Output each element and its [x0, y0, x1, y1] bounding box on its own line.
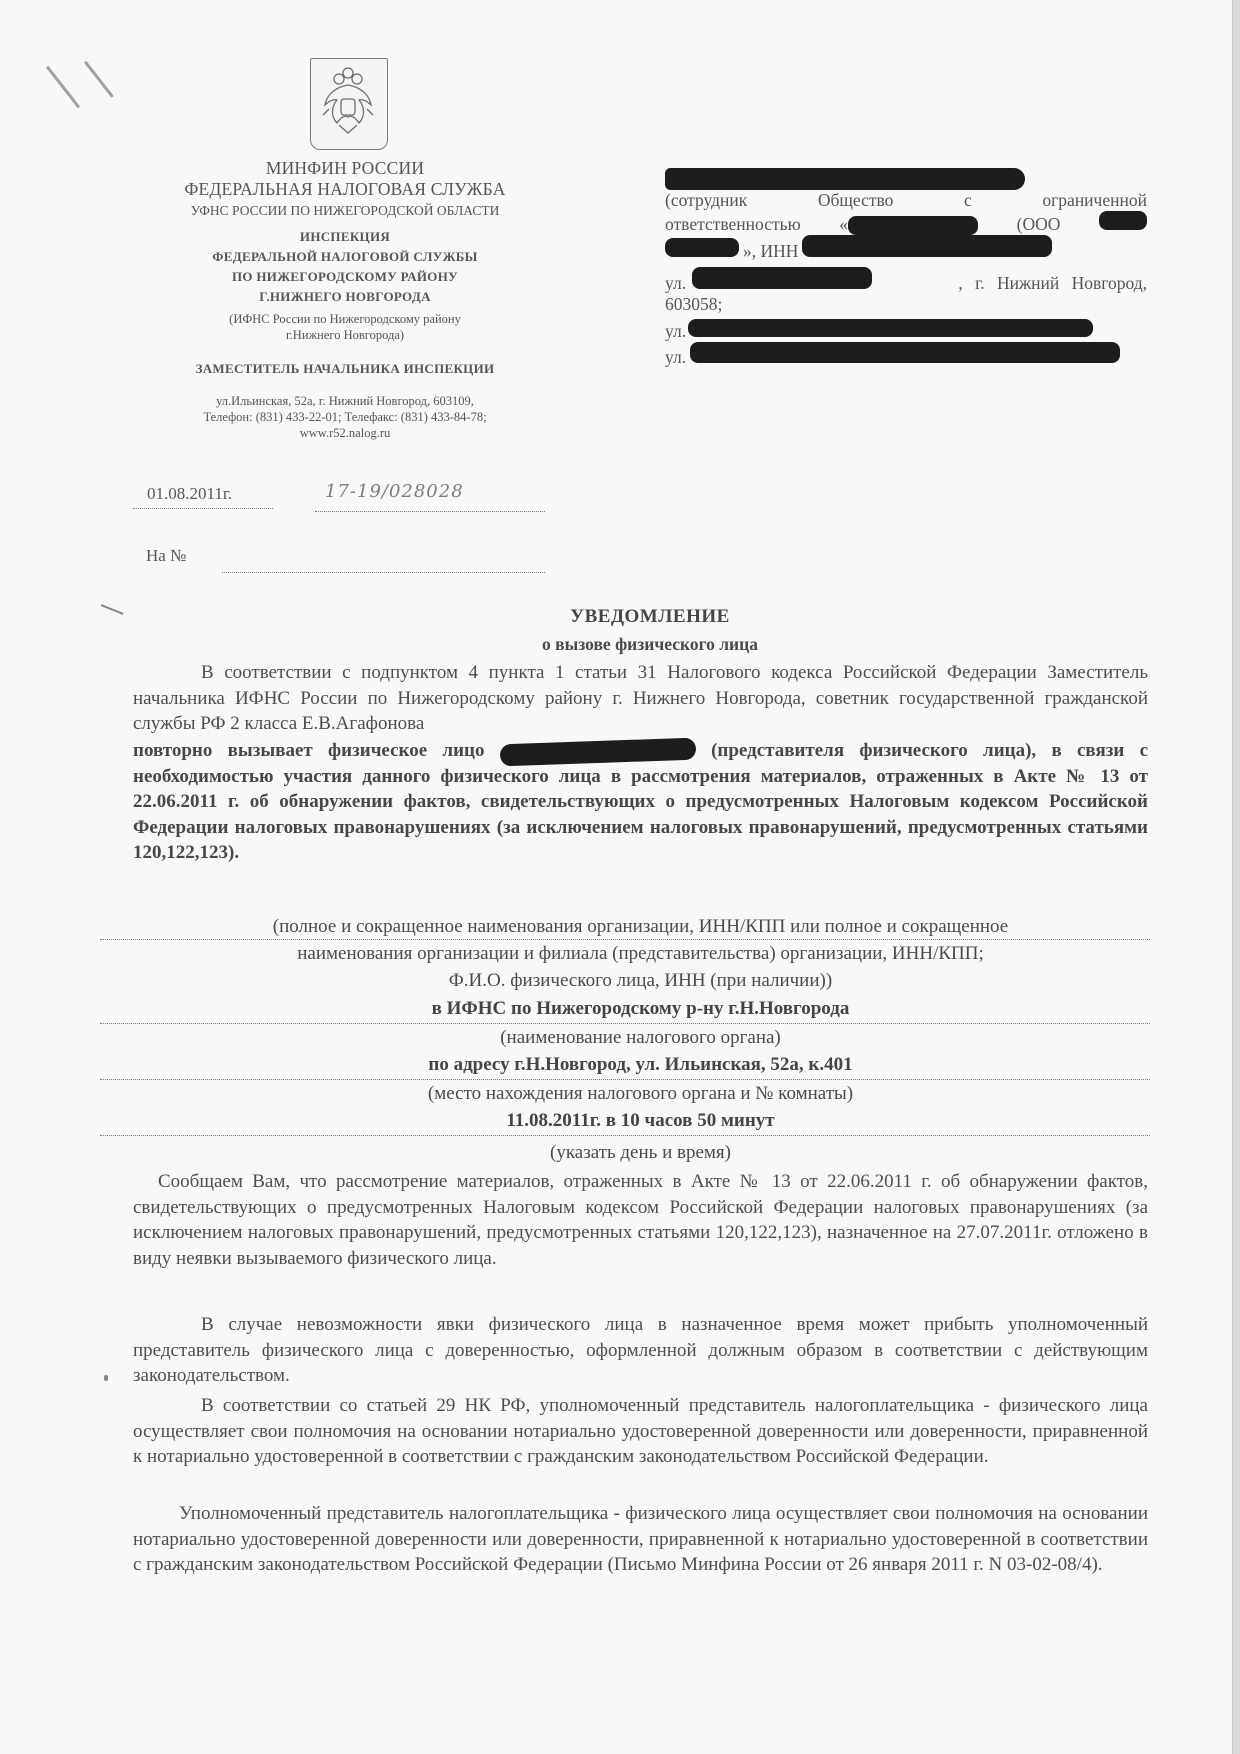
reply-to-field [222, 572, 545, 573]
notice-subtitle: о вызове физического лица [130, 634, 1170, 655]
redaction [665, 168, 1025, 190]
recipient-text: (сотрудник [665, 190, 747, 211]
redaction-person-name [499, 737, 696, 766]
recipient-text: », ИНН [743, 241, 798, 262]
recipient-text: ул. [665, 273, 686, 294]
registration-date: 01.08.2011г. [147, 484, 232, 504]
minfin-letter-text: Уполномоченный представитель налогоплате… [133, 1503, 1148, 1575]
recipient-text: (ООО [1017, 214, 1061, 235]
service-name: ФЕДЕРАЛЬНАЯ НАЛОГОВАЯ СЛУЖБА [125, 179, 565, 200]
redaction [688, 319, 1093, 337]
postponement-paragraph: Сообщаем Вам, что рассмотрение материало… [133, 1169, 1148, 1271]
ministry-name: МИНФИН РОССИИ [125, 158, 565, 179]
registration-number: 17-19/028028 [325, 481, 464, 502]
datetime-field: 11.08.2011г. в 10 часов 50 минут [133, 1110, 1148, 1132]
intro-paragraph: В соответствии с подпунктом 4 пункта 1 с… [133, 660, 1148, 737]
hint-person: Ф.И.О. физического лица, ИНН (при наличи… [133, 970, 1148, 992]
short-name-line: г.Нижнего Новгорода) [125, 327, 565, 343]
redaction [848, 216, 978, 235]
hint-person: наименования организации и филиала (пред… [133, 943, 1148, 965]
recipient-block: (сотрудник Общество с ограниченной ответ… [665, 168, 1147, 368]
redaction [665, 238, 739, 257]
minfin-letter-paragraph: Уполномоченный представитель налогоплате… [133, 1501, 1148, 1578]
redaction [692, 267, 872, 289]
field-underline [100, 1135, 1150, 1136]
russian-coat-of-arms-icon [317, 65, 379, 141]
scanned-page: МИНФИН РОССИИ ФЕДЕРАЛЬНАЯ НАЛОГОВАЯ СЛУЖ… [0, 0, 1233, 1754]
datetime-hint: (указать день и время) [133, 1142, 1148, 1164]
representative-paragraph: В случае невозможности явки физического … [133, 1312, 1148, 1389]
address-field: по адресу г.Н.Новгород, ул. Ильинская, 5… [133, 1054, 1148, 1076]
recipient-text: ул. [665, 321, 686, 342]
margin-mark [104, 1375, 108, 1381]
article29-paragraph: В соответствии со статьей 29 НК РФ, упол… [133, 1393, 1148, 1470]
recipient-text: , г. Нижний Новгород, [958, 273, 1147, 294]
tax-authority-hint: (наименование налогового органа) [133, 1027, 1148, 1049]
recipient-text: ограниченной [1042, 190, 1147, 211]
redaction [690, 342, 1120, 363]
inspection-line: ПО НИЖЕГОРОДСКОМУ РАЙОНУ [125, 267, 565, 287]
tax-authority-field: в ИФНС по Нижегородскому р-ну г.Н.Новгор… [133, 998, 1148, 1020]
recipient-text: « [839, 214, 848, 234]
redaction [1099, 211, 1147, 230]
field-underline [100, 939, 1150, 940]
representative-text: В случае невозможности явки физического … [133, 1314, 1148, 1386]
scan-edge [1232, 0, 1240, 1754]
hint-person: (полное и сокращенное наименования орган… [133, 916, 1148, 938]
short-name-line: (ИФНС России по Нижегородскому району [125, 311, 565, 327]
reply-to-label: На № [146, 546, 186, 566]
recipient-text: Общество [818, 190, 894, 211]
date-underline [133, 508, 273, 509]
address-hint: (место нахождения налогового органа и № … [133, 1083, 1148, 1105]
contact-line: www.r52.nalog.ru [125, 425, 565, 441]
notice-title: УВЕДОМЛЕНИЕ [130, 606, 1170, 628]
pencil-mark [46, 66, 80, 109]
signatory-position: ЗАМЕСТИТЕЛЬ НАЧАЛЬНИКА ИНСПЕКЦИИ [125, 359, 565, 379]
inspection-line: Г.НИЖНЕГО НОВГОРОДА [125, 287, 565, 307]
contact-line: Телефон: (831) 433-22-01; Телефакс: (831… [125, 409, 565, 425]
redaction [802, 235, 1052, 257]
recipient-text: ответственностью [665, 214, 801, 235]
summons-paragraph: повторно вызывает физическое лицо (предс… [133, 738, 1148, 866]
intro-text: В соответствии с подпунктом 4 пункта 1 с… [133, 662, 1148, 734]
pencil-mark [84, 61, 114, 98]
letterhead: МИНФИН РОССИИ ФЕДЕРАЛЬНАЯ НАЛОГОВАЯ СЛУЖ… [125, 158, 565, 441]
recipient-text: ул. [665, 347, 686, 368]
recipient-text: с [964, 190, 972, 211]
postponement-text: Сообщаем Вам, что рассмотрение материало… [133, 1171, 1148, 1269]
regional-office: УФНС РОССИИ ПО НИЖЕГОРОДСКОЙ ОБЛАСТИ [125, 203, 565, 219]
number-underline [315, 511, 545, 512]
coat-of-arms-emblem [310, 58, 388, 150]
field-underline [100, 1079, 1150, 1080]
pencil-mark [101, 604, 124, 615]
contact-line: ул.Ильинская, 52а, г. Нижний Новгород, 6… [125, 393, 565, 409]
field-underline [100, 1023, 1150, 1024]
summons-text-start: повторно вызывает физическое лицо [133, 740, 484, 761]
article29-text: В соответствии со статьей 29 НК РФ, упол… [133, 1395, 1148, 1467]
recipient-text: 603058; [665, 294, 722, 315]
inspection-line: ИНСПЕКЦИЯ [125, 227, 565, 247]
inspection-line: ФЕДЕРАЛЬНОЙ НАЛОГОВОЙ СЛУЖБЫ [125, 247, 565, 267]
